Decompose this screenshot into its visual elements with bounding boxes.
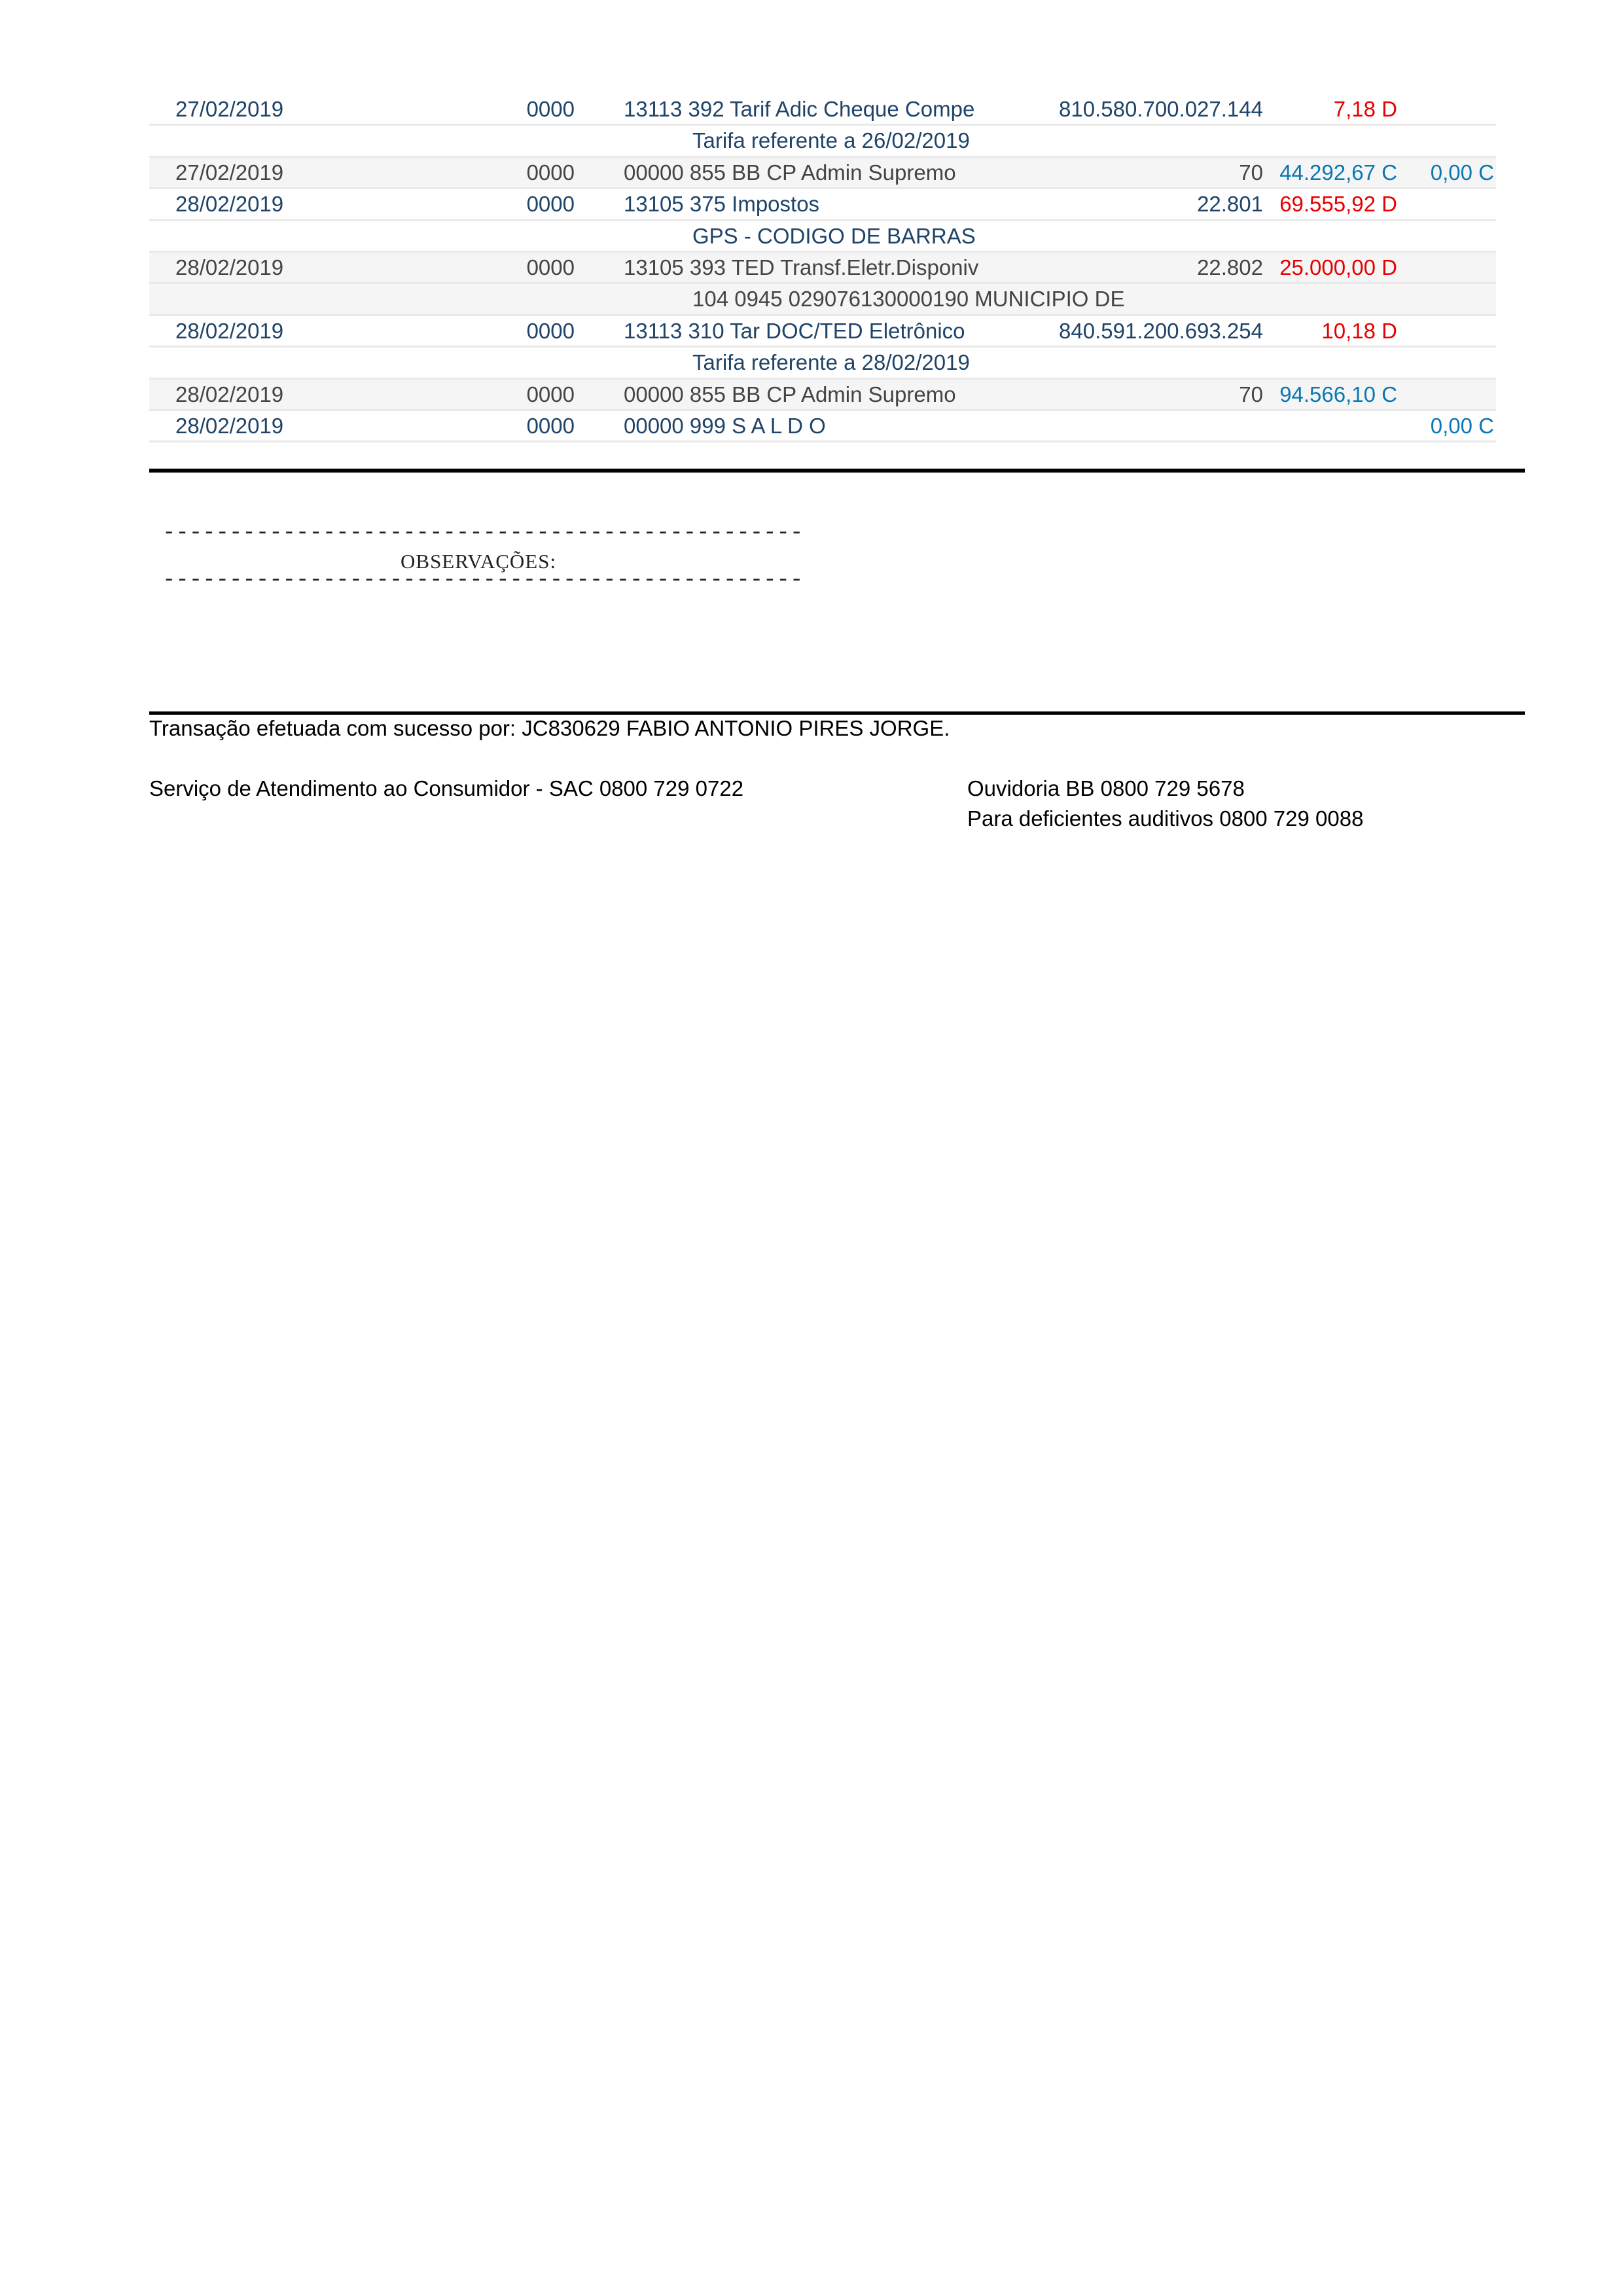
transaction-date: 28/02/2019: [175, 382, 283, 407]
transaction-agency: 0000: [527, 414, 575, 439]
transaction-date: 27/02/2019: [175, 160, 283, 185]
transaction-agency: 0000: [527, 255, 575, 280]
transaction-balance: 0,00 C: [1431, 414, 1494, 439]
transaction-agency: 0000: [527, 192, 575, 217]
transaction-history: 13105 393 TED Transf.Eletr.Disponiv: [624, 255, 978, 280]
transaction-history: 13113 310 Tar DOC/TED Eletrônico: [624, 319, 965, 344]
transaction-detail: Tarifa referente a 28/02/2019: [692, 350, 970, 375]
transactions-table: 27/02/2019000013113 392 Tarif Adic Chequ…: [149, 94, 1496, 442]
transaction-row: 27/02/2019000013113 392 Tarif Adic Chequ…: [149, 94, 1496, 126]
transaction-date: 28/02/2019: [175, 414, 283, 439]
transaction-row: 28/02/2019000000000 999 S A L D O0,00 C: [149, 411, 1496, 442]
transaction-row: 27/02/2019000000000 855 BB CP Admin Supr…: [149, 158, 1496, 189]
transaction-value: 10,18 D: [1321, 319, 1397, 344]
transaction-detail: GPS - CODIGO DE BARRAS: [692, 224, 976, 249]
transaction-history: 13105 375 Impostos: [624, 192, 819, 217]
transaction-date: 28/02/2019: [175, 255, 283, 280]
transaction-detail-row: Tarifa referente a 26/02/2019: [149, 126, 1496, 157]
transaction-detail-row: 104 0945 029076130000190 MUNICIPIO DE: [149, 284, 1496, 315]
transaction-agency: 0000: [527, 97, 575, 122]
observations-dashes-bottom: ----------------------------------------…: [162, 568, 803, 593]
transaction-history: 00000 999 S A L D O: [624, 414, 826, 439]
transaction-date: 27/02/2019: [175, 97, 283, 122]
hearing-impaired-contact: Para deficientes auditivos 0800 729 0088: [967, 806, 1363, 831]
transaction-balance: 0,00 C: [1431, 160, 1494, 185]
transaction-agency: 0000: [527, 319, 575, 344]
transaction-row: 28/02/2019000013113 310 Tar DOC/TED Elet…: [149, 316, 1496, 348]
transaction-date: 28/02/2019: [175, 319, 283, 344]
transaction-history: 00000 855 BB CP Admin Supremo: [624, 160, 956, 185]
transaction-value: 7,18 D: [1334, 97, 1397, 122]
transaction-agency: 0000: [527, 382, 575, 407]
transaction-value: 94.566,10 C: [1279, 382, 1397, 407]
transaction-document: 70: [1239, 160, 1263, 185]
footer-rule: [149, 711, 1525, 715]
transaction-document: 22.801: [1197, 192, 1263, 217]
ouvidoria-contact: Ouvidoria BB 0800 729 5678: [967, 776, 1245, 801]
sac-contact: Serviço de Atendimento ao Consumidor - S…: [149, 776, 743, 801]
transaction-row: 28/02/2019000013105 393 TED Transf.Eletr…: [149, 253, 1496, 284]
transaction-note: Transação efetuada com sucesso por: JC83…: [149, 716, 950, 741]
transaction-history: 13113 392 Tarif Adic Cheque Compe: [624, 97, 974, 122]
observations-dashes-top: ----------------------------------------…: [162, 521, 803, 546]
transaction-value: 69.555,92 D: [1279, 192, 1397, 217]
transaction-agency: 0000: [527, 160, 575, 185]
transaction-date: 28/02/2019: [175, 192, 283, 217]
transaction-detail: Tarifa referente a 26/02/2019: [692, 128, 970, 153]
transaction-document: 810.580.700.027.144: [1059, 97, 1263, 122]
transaction-history: 00000 855 BB CP Admin Supremo: [624, 382, 956, 407]
transaction-row: 28/02/2019000013105 375 Impostos22.80169…: [149, 189, 1496, 221]
transaction-detail-row: Tarifa referente a 28/02/2019: [149, 348, 1496, 379]
table-bottom-rule: [149, 469, 1525, 473]
transaction-document: 22.802: [1197, 255, 1263, 280]
transaction-detail: 104 0945 029076130000190 MUNICIPIO DE: [692, 287, 1124, 312]
transaction-detail-row: GPS - CODIGO DE BARRAS: [149, 221, 1496, 253]
transaction-value: 25.000,00 D: [1279, 255, 1397, 280]
transaction-document: 840.591.200.693.254: [1059, 319, 1263, 344]
transaction-row: 28/02/2019000000000 855 BB CP Admin Supr…: [149, 380, 1496, 411]
transaction-document: 70: [1239, 382, 1263, 407]
transaction-value: 44.292,67 C: [1279, 160, 1397, 185]
